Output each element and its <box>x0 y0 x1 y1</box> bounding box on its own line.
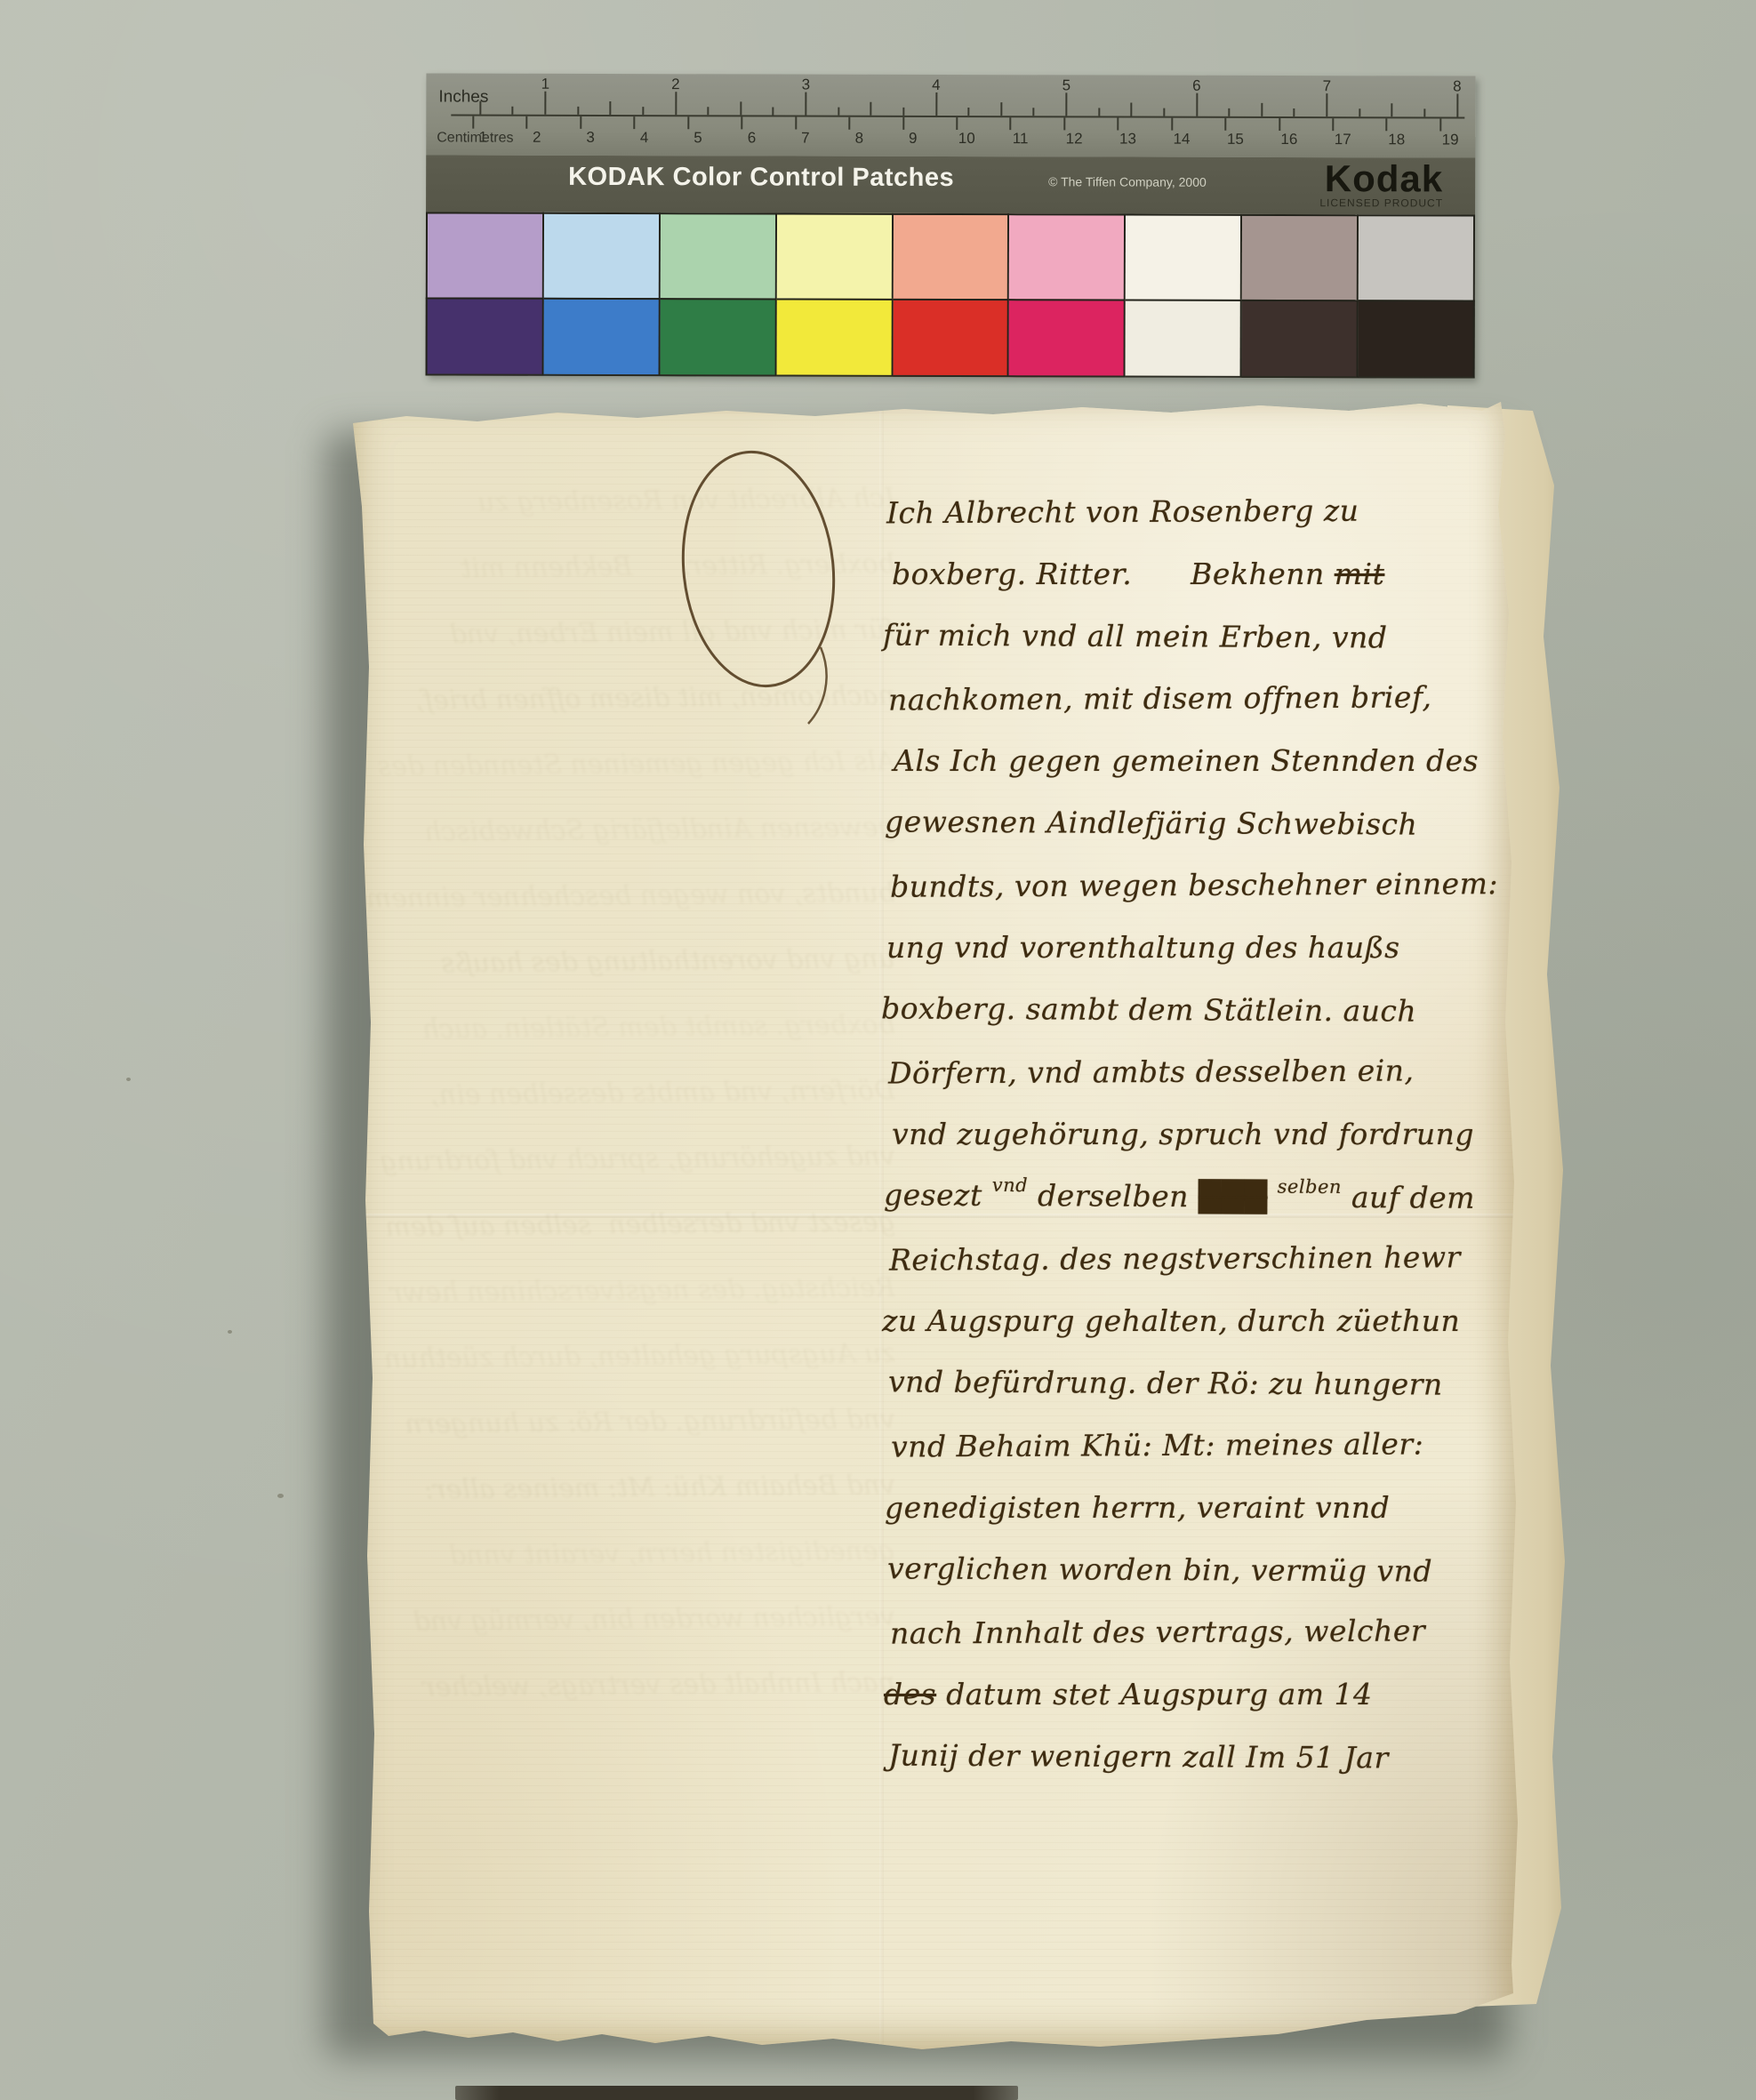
manuscript-line-11: vnd zugehörung, spruch vnd fordrung <box>892 1117 1474 1151</box>
color-patch-light-yellow <box>776 212 893 298</box>
inch-tick <box>512 107 514 115</box>
manuscript-line-14: zu Augspurg gehalten, durch züethun <box>882 1303 1460 1338</box>
inch-tick <box>1163 108 1165 116</box>
showthrough-line: ung vnd vorenthaltung des haußs <box>369 943 895 980</box>
cm-tick <box>634 116 636 129</box>
inch-tick <box>1359 108 1360 116</box>
cm-number: 11 <box>1013 130 1029 148</box>
manuscript-line-1: Ich Albrecht von Rosenberg zu <box>886 493 1359 531</box>
kodak-logo: Kodak <box>1325 157 1443 200</box>
cm-number: 19 <box>1442 131 1459 148</box>
inch-tick <box>773 107 774 115</box>
color-patch-saturated-blue <box>426 297 544 375</box>
cm-tick <box>902 117 904 130</box>
kodak-bar-title: KODAK Color Control Patches <box>568 163 954 193</box>
inch-tick <box>1131 103 1133 116</box>
dust-speck <box>126 1078 131 1081</box>
manuscript-line-20: des datum stet Augspurg am 14 <box>884 1677 1373 1711</box>
kodak-bar-copyright: © The Tiffen Company, 2000 <box>1048 174 1207 188</box>
manuscript-line-2: boxberg. Ritter. Bekhenn mit <box>892 557 1384 591</box>
cm-tick <box>1332 118 1334 131</box>
manuscript-page: Ich Albrecht von Rosenberg zuboxberg. Ri… <box>353 400 1518 2049</box>
showthrough-line: vnd Behaim Khü: Mt: meines aller: <box>369 1470 895 1506</box>
cm-number: 15 <box>1227 131 1244 148</box>
manuscript-line-17: genedigisten herrn, veraint vnnd <box>885 1490 1390 1525</box>
inch-tick <box>1326 93 1327 116</box>
inch-tick <box>1033 108 1035 116</box>
inch-number: 1 <box>541 76 550 93</box>
inch-tick <box>479 101 481 115</box>
color-patch-saturated-magenta <box>1009 299 1126 377</box>
kodak-licensed-product-label: LICENSED PRODUCT <box>1319 196 1443 209</box>
color-patch-saturated-3-color <box>1242 300 1359 378</box>
ink-circle-doodle <box>655 436 869 729</box>
manuscript-line-10: Dörfern, vnd ambts desselben ein, <box>888 1053 1415 1090</box>
inch-number: 5 <box>1062 76 1071 94</box>
cm-number: 18 <box>1388 131 1405 148</box>
inch-tick <box>1294 108 1295 116</box>
color-patch-saturated-yellow <box>776 298 893 376</box>
cm-tick <box>1010 117 1012 130</box>
manuscript-line-6: gewesnen Aindlefjärig Schwebisch <box>885 804 1417 841</box>
cm-number: 5 <box>694 129 702 147</box>
cm-number: 16 <box>1280 131 1297 148</box>
showthrough-line: bundts, von wegen beschehner einnem: <box>369 878 895 914</box>
color-patch-light-black <box>1359 214 1475 300</box>
cm-tick <box>1118 117 1119 130</box>
inch-number: 6 <box>1192 77 1201 95</box>
ruler-cm-scale: 12345678910111213141516171819 <box>426 73 1475 76</box>
ruler-inches-scale: 12345678 <box>426 73 1475 76</box>
showthrough-line: gesezt vnd derselben selben auf dem <box>369 1206 895 1243</box>
inch-number: 3 <box>802 76 811 94</box>
color-patch-saturated-white <box>1126 300 1242 378</box>
manuscript-line-3: für mich vnd all mein Erben, vnd <box>883 618 1388 655</box>
manuscript-line-21: Junij der wenigern zall Im 51 Jar <box>888 1738 1389 1775</box>
showthrough-line: Dörfern, vnd ambts desselben ein, <box>369 1075 895 1111</box>
cm-number: 8 <box>855 130 864 148</box>
color-patch-light-green <box>661 212 777 298</box>
color-patch-saturated-cyan <box>543 298 660 376</box>
manuscript-line-4: nachkomen, mit disem offnen brief, <box>888 679 1432 717</box>
inch-tick <box>967 108 969 116</box>
showthrough-line: vnd zugehörung, spruch vnd fordrung <box>369 1141 895 1177</box>
scan-table-edge-strip <box>455 2086 1018 2100</box>
cm-number: 10 <box>958 130 975 148</box>
manuscript-line-8: ung vnd vorenthaltung des haußs <box>886 930 1400 965</box>
inch-tick <box>1228 108 1230 116</box>
color-patch-grid <box>426 212 1475 378</box>
dust-speck <box>228 1330 232 1334</box>
inch-tick <box>1098 108 1100 116</box>
color-patch-light-magenta <box>1009 213 1126 299</box>
manuscript-line-7: bundts, von wegen beschehner einnem: <box>890 866 1498 904</box>
cm-number: 6 <box>748 129 757 147</box>
inch-tick <box>805 92 806 116</box>
cm-number: 2 <box>533 129 541 147</box>
inch-tick <box>577 107 579 115</box>
cm-number: 12 <box>1066 130 1083 148</box>
inch-tick <box>1261 103 1263 116</box>
cm-tick <box>580 116 581 129</box>
color-patch-saturated-black <box>1359 300 1475 378</box>
manuscript-line-12: gesezt vnd derselben ███ selben auf dem <box>884 1177 1475 1214</box>
inch-tick <box>1065 92 1067 116</box>
color-patch-light-cyan <box>544 212 661 298</box>
cm-tick <box>1279 118 1280 131</box>
kodak-bar-label-band: KODAK Color Control Patches © The Tiffen… <box>426 155 1475 214</box>
inch-tick <box>610 101 612 115</box>
showthrough-line: verglichen worden bin, vermüg vnd <box>369 1601 895 1638</box>
patch-row-saturated <box>426 297 1475 378</box>
manuscript-line-5: Als Ich gegen gemeinen Stennden des <box>894 743 1479 778</box>
cm-number: 14 <box>1173 131 1190 148</box>
inch-tick <box>1196 93 1198 116</box>
manuscript-line-15: vnd befürdrung. der Rö: zu hungern <box>888 1364 1443 1401</box>
inch-tick <box>838 108 839 116</box>
cm-tick <box>526 116 528 129</box>
inch-tick <box>1391 103 1393 116</box>
patch-row-light <box>426 212 1475 300</box>
inch-number: 2 <box>671 76 680 93</box>
cm-tick <box>956 117 958 130</box>
cm-number: 13 <box>1119 130 1136 148</box>
color-patch-light-blue <box>426 212 544 297</box>
showthrough-line: Als Ich gegen gemeinen Stennden des <box>369 746 895 782</box>
archival-scan-photo: Ich Albrecht von Rosenberg zuboxberg. Ri… <box>0 0 1756 2100</box>
showthrough-line: gewesnen Aindlefjärig Schwebisch <box>369 812 895 848</box>
showthrough-line: nach Innhalt des vertrags, welcher <box>369 1667 895 1703</box>
cm-number: 17 <box>1335 131 1351 148</box>
ruler-baseline <box>451 115 1464 119</box>
color-patch-saturated-red <box>893 299 1009 377</box>
manuscript-line-19: nach Innhalt des vertrags, welcher <box>890 1613 1425 1650</box>
inch-tick <box>707 107 709 115</box>
cm-tick <box>1063 117 1065 130</box>
cm-tick <box>1439 118 1441 131</box>
showthrough-line: vnd befürdrung. der Rö: zu hungern <box>369 1404 895 1440</box>
dust-speck <box>277 1494 284 1498</box>
cm-tick <box>1386 118 1388 131</box>
cm-number: 3 <box>586 129 595 147</box>
manuscript-line-16: vnd Behaim Khü: Mt: meines aller: <box>891 1426 1423 1463</box>
cm-tick <box>848 117 850 130</box>
cm-tick <box>472 116 474 129</box>
inch-tick <box>902 108 904 116</box>
showthrough-line: zu Augspurg gehalten, durch züethun <box>369 1338 895 1375</box>
inch-tick <box>1423 108 1425 116</box>
showthrough-line: genedigisten herrn, veraint vnnd <box>369 1535 895 1572</box>
cm-number: 4 <box>640 129 649 147</box>
cm-tick <box>795 117 797 130</box>
showthrough-line: boxberg. sambt dem Stätlein. auch <box>369 1009 895 1046</box>
inch-number: 8 <box>1453 77 1462 95</box>
cm-tick <box>1224 118 1226 131</box>
cm-number: 9 <box>909 130 918 148</box>
cm-tick <box>741 116 742 129</box>
manuscript-line-13: Reichstag. des negstverschinen hewr <box>889 1239 1461 1277</box>
inch-tick <box>870 102 872 116</box>
inch-tick <box>1456 93 1458 116</box>
color-patch-light-red <box>893 213 1009 299</box>
inch-number: 4 <box>932 76 941 94</box>
inch-tick <box>935 92 937 116</box>
manuscript-line-9: boxberg. sambt dem Stätlein. auch <box>881 990 1416 1028</box>
inch-number: 7 <box>1323 77 1332 95</box>
inch-tick <box>642 107 644 115</box>
inch-tick <box>740 101 742 115</box>
inch-tick <box>675 92 677 115</box>
ruler-cm-label: Centimetres <box>437 130 513 146</box>
color-patch-saturated-green <box>660 298 776 376</box>
cm-tick <box>1171 118 1173 131</box>
showthrough-line: Reichstag. des negstverschinen hewr <box>369 1272 895 1309</box>
color-patch-light-3-color <box>1242 214 1359 300</box>
color-patch-light-white <box>1126 214 1242 300</box>
cm-tick <box>687 116 689 129</box>
ruler: Inches 12345678 123456789101112131415161… <box>426 73 1475 157</box>
manuscript-line-18: verglichen worden bin, vermüg vnd <box>887 1551 1432 1588</box>
inch-tick <box>1000 102 1002 116</box>
inch-tick <box>544 92 546 115</box>
kodak-color-bar: Inches 12345678 123456789101112131415161… <box>426 73 1476 378</box>
cm-number: 7 <box>801 130 810 148</box>
